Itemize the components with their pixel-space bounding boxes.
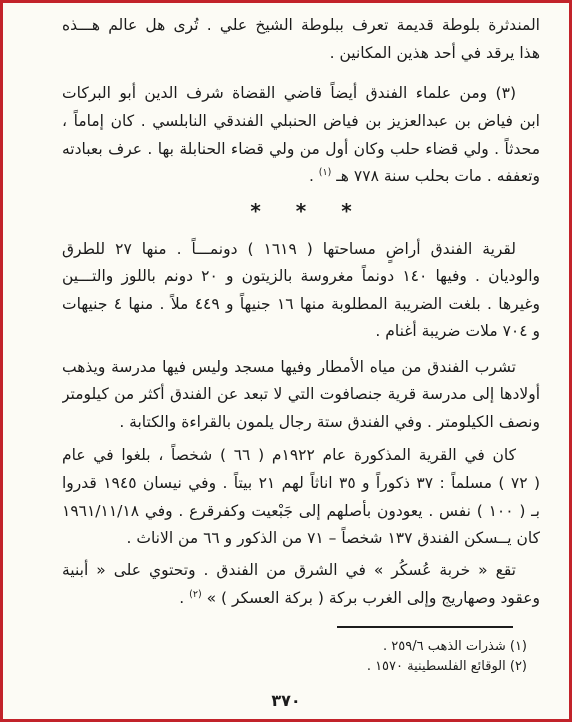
paragraph-water-school: تشرب الفندق من مياه الأمطار وفيها مسجد و…	[62, 354, 540, 437]
footnotes: (١) شذرات الذهب ٢٥٩/٦ . (٢) الوقائع الفل…	[62, 637, 527, 677]
page-number: ٣٧٠	[3, 691, 569, 710]
text-line: ونصف الكيلومتر . وفي الفندق ستة رجال يلم…	[62, 409, 540, 437]
footnote-rule	[337, 626, 513, 628]
book-page: المندثرة بلوطة قديمة تعرف ببلوطة الشيخ ع…	[0, 0, 572, 722]
text-line: والوديان . وفيها ١٤٠ دونماً مغروسة بالزي…	[62, 263, 540, 291]
text-line: المندثرة بلوطة قديمة تعرف ببلوطة الشيخ ع…	[62, 12, 540, 40]
page-body: المندثرة بلوطة قديمة تعرف ببلوطة الشيخ ع…	[3, 3, 569, 677]
line-text: وعقود وصهاريج وإلى الغرب بركة ( بركة الع…	[202, 589, 540, 607]
text-line: و ٧٠٤ ملات ضريبة أغنام .	[62, 318, 540, 346]
line-text: .	[179, 589, 189, 607]
text-line: كان في القرية المذكورة عام ١٩٢٢م ( ٦٦ ) …	[62, 442, 540, 470]
text-line: لقرية الفندق أراضٍ مساحتها ( ١٦١٩ ) دونم…	[62, 236, 540, 264]
text-line: تقع « خربة عُسكُر » في الشرق من الفندق .…	[62, 557, 540, 585]
text-line: أولادها إلى مدرسة قرية جنصافوت التي لا ت…	[62, 381, 540, 409]
paragraph-khirbet-askar: تقع « خربة عُسكُر » في الشرق من الفندق .…	[62, 557, 540, 613]
paragraph-population: كان في القرية المذكورة عام ١٩٢٢م ( ٦٦ ) …	[62, 442, 540, 553]
footnote-1: (١) شذرات الذهب ٢٥٩/٦ .	[62, 637, 527, 657]
text-line: ابن فياض بن عبدالعزيز بن فياض الحنبلي ال…	[62, 108, 540, 136]
footnote-2: (٢) الوقائع الفلسطينية ١٥٧٠ .	[62, 657, 527, 677]
line-text: وتعففه . مات بحلب سنة ٧٧٨ هـ	[331, 167, 540, 185]
text-line: (٣) ومن علماء الفندق أيضاً قاضي القضاة ش…	[62, 80, 540, 108]
paragraph-scholar: (٣) ومن علماء الفندق أيضاً قاضي القضاة ش…	[62, 80, 540, 191]
text-line: وتعففه . مات بحلب سنة ٧٧٨ هـ (١) .	[62, 163, 540, 191]
footnote-marker-1: (١)	[319, 167, 332, 178]
text-line: كان يــسكن الفندق ١٣٧ شخصاً – ٧١ من الذك…	[62, 525, 540, 553]
footnote-marker-2: (٢)	[189, 588, 202, 599]
text-line: تشرب الفندق من مياه الأمطار وفيها مسجد و…	[62, 354, 540, 382]
text-line: ( ٧٢ ) مسلماً : ٣٧ ذكوراً و ٣٥ اناثاً له…	[62, 470, 540, 498]
text-line: بـ ( ١٠٠ ) نفس . يعودون بأصلهم إلى جَبْع…	[62, 498, 540, 526]
section-divider: * * *	[62, 196, 540, 226]
text-line: وغيرها . بلغت الضريبة المطلوبة منها ١٦ ج…	[62, 291, 540, 319]
text-line: محدثاً . ولي قضاء حلب وكان أول من ولي قض…	[62, 136, 540, 164]
paragraph-intro: المندثرة بلوطة قديمة تعرف ببلوطة الشيخ ع…	[62, 12, 540, 68]
text-line: وعقود وصهاريج وإلى الغرب بركة ( بركة الع…	[62, 585, 540, 613]
text-line: هذا يرقد في أحد هذين المكانين .	[62, 40, 540, 68]
paragraph-lands: لقرية الفندق أراضٍ مساحتها ( ١٦١٩ ) دونم…	[62, 236, 540, 346]
line-text: .	[309, 167, 319, 185]
